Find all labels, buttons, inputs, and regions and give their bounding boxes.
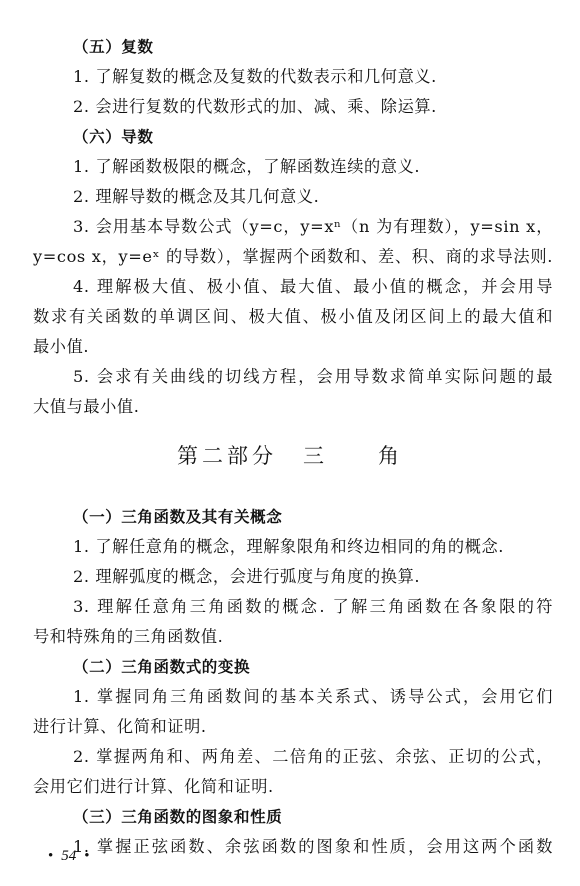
list-item: 1. 了解复数的概念及复数的代数表示和几何意义.	[73, 66, 553, 88]
list-item-formula-continuation: y=cos x，y=eˣ 的导数），掌握两个函数和、差、积、商的求导法则.	[33, 246, 553, 268]
list-item-continuation: 大值与最小值.	[33, 396, 553, 418]
page-number: •54•	[48, 848, 90, 865]
page-number-dot-left: •	[48, 848, 53, 864]
section-heading-trig-graphs: （三）三角函数的图象和性质	[73, 806, 553, 828]
list-item: 1. 掌握正弦函数、余弦函数的图象和性质，会用这两个函数	[73, 836, 553, 858]
list-item: 2. 会进行复数的代数形式的加、减、乘、除运算.	[73, 96, 553, 118]
list-item-continuation: 最小值.	[33, 336, 553, 358]
part-title-label: 第二部分	[177, 444, 277, 468]
list-item-continuation: 数求有关函数的单调区间、极大值、极小值及闭区间上的最大值和	[33, 306, 553, 328]
section-heading-trig-transforms: （二）三角函数式的变换	[73, 656, 553, 678]
list-item: 4. 理解极大值、极小值、最大值、最小值的概念，并会用导	[73, 276, 553, 298]
list-item: 2. 掌握两角和、两角差、二倍角的正弦、余弦、正切的公式，	[73, 746, 553, 768]
list-item-continuation: 会用它们进行计算、化简和证明.	[33, 776, 553, 798]
list-item: 2. 理解弧度的概念，会进行弧度与角度的换算.	[73, 566, 553, 588]
list-item: 2. 理解导数的概念及其几何意义.	[73, 186, 553, 208]
part-title-word-1: 三	[303, 444, 328, 468]
section-heading-complex-numbers: （五）复数	[73, 36, 553, 58]
part-title: 第二部分三角	[0, 440, 580, 470]
section-heading-derivatives: （六）导数	[73, 126, 553, 148]
page-number-dot-right: •	[84, 848, 89, 864]
list-item-continuation: 进行计算、化简和证明.	[33, 716, 553, 738]
list-item: 5. 会求有关曲线的切线方程，会用导数求简单实际问题的最	[73, 366, 553, 388]
list-item-formula-line: 3. 会用基本导数公式（y=c，y=xⁿ（n 为有理数），y=sin x，	[73, 216, 553, 238]
section-heading-trig-concepts: （一）三角函数及其有关概念	[73, 506, 553, 528]
part-title-word-2: 角	[378, 444, 403, 468]
list-item-continuation: 号和特殊角的三角函数值.	[33, 626, 553, 648]
list-item: 3. 理解任意角三角函数的概念. 了解三角函数在各象限的符	[73, 596, 553, 618]
list-item: 1. 了解任意角的概念，理解象限角和终边相同的角的概念.	[73, 536, 553, 558]
page-number-value: 54	[61, 848, 76, 864]
list-item: 1. 了解函数极限的概念，了解函数连续的意义.	[73, 156, 553, 178]
list-item: 1. 掌握同角三角函数间的基本关系式、诱导公式，会用它们	[73, 686, 553, 708]
